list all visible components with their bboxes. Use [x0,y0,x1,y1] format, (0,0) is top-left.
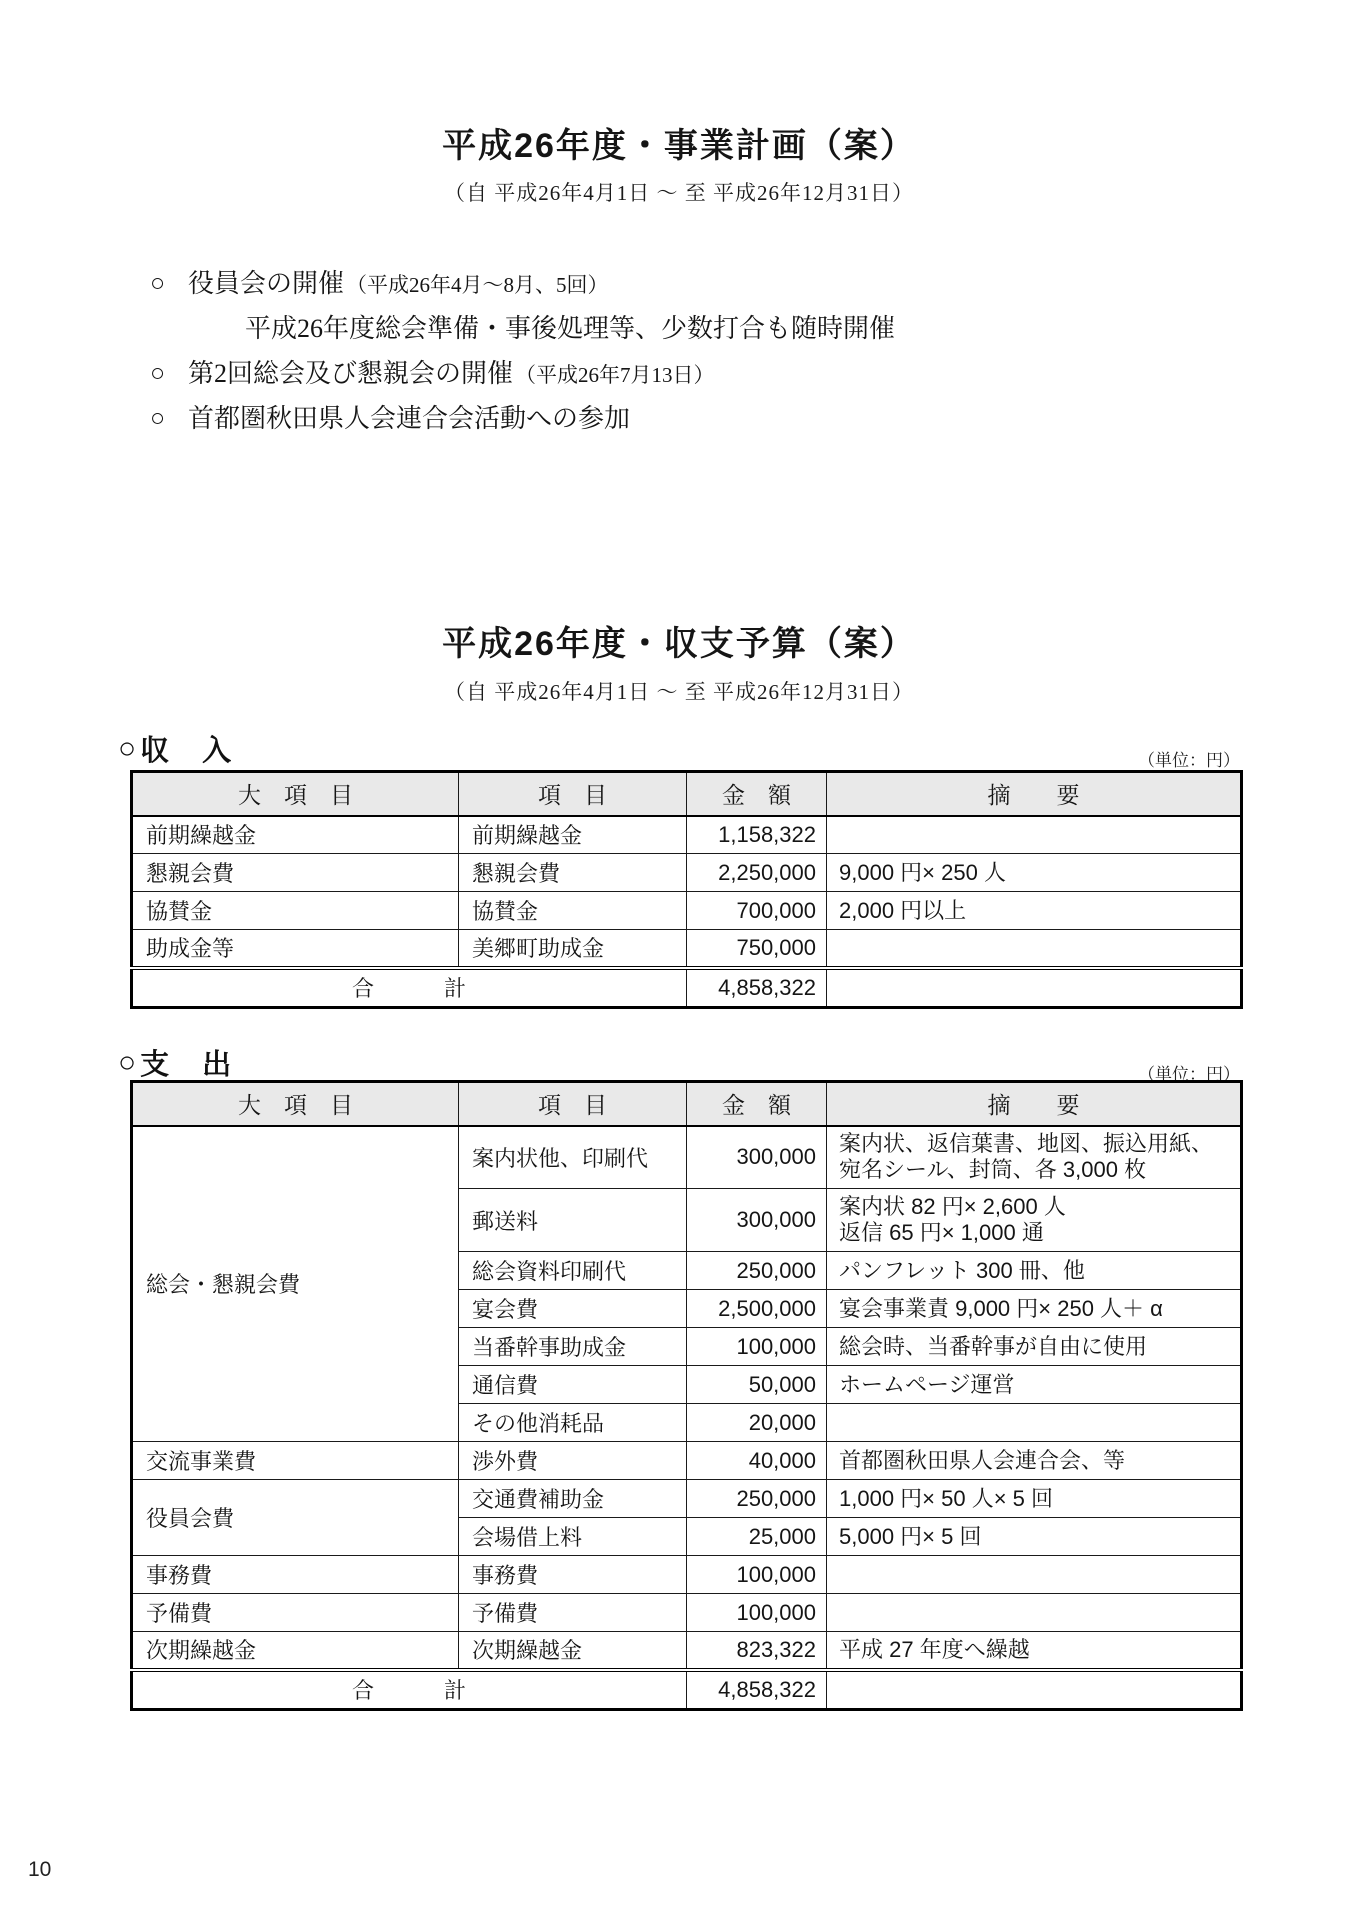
business-plan-bullet-list: ○ 役員会の開催（平成26年4月～8月、5回） 平成26年度総会準備・事後処理等… [150,268,1200,448]
table-row: 予備費 予備費 100,000 [132,1594,1242,1632]
table-row: 交流事業費 渉外費 40,000 首都圏秋田県人会連合会、等 [132,1442,1242,1480]
circle-bullet-icon: ○ [150,403,188,435]
expense-section-heading: ○ 支 出 [118,1042,233,1083]
amount-cell: 100,000 [687,1594,827,1632]
circle-marker-icon: ○ [118,1046,138,1080]
expense-header-row: 大 項 目 項 目 金 額 摘 要 [132,1082,1242,1126]
category-cell: 次期繰越金 [132,1632,459,1670]
income-heading-label: 収 入 [140,728,233,769]
table-row: 役員会費 交通費補助金 250,000 1,000 円× 50 人× 5 回 [132,1480,1242,1518]
remark-cell: 総会時、当番幹事が自由に使用 [827,1328,1242,1366]
table-row: 次期繰越金 次期繰越金 823,322 平成 27 年度へ繰越 [132,1632,1242,1670]
item-cell: 事務費 [459,1556,687,1594]
remark-cell [827,1670,1242,1710]
category-cell: 事務費 [132,1556,459,1594]
remark-cell [827,1404,1242,1442]
remark-cell [827,816,1242,854]
income-total-row: 合 計 4,858,322 [132,968,1242,1008]
budget-period: （自 平成26年4月1日 ～ 至 平成26年12月31日） [0,676,1358,706]
table-row: 前期繰越金 前期繰越金 1,158,322 [132,816,1242,854]
remark-cell [827,1594,1242,1632]
total-label-cell: 合 計 [132,968,687,1008]
amount-cell: 700,000 [687,892,827,930]
bullet-item-continuation: 平成26年度総会準備・事後処理等、少数打合も随時開催 [150,313,1200,358]
amount-cell: 300,000 [687,1189,827,1252]
category-cell: 役員会費 [132,1480,459,1556]
column-header-amount: 金 額 [687,1082,827,1126]
table-row: 総会・懇親会費 案内状他、印刷代 300,000 案内状、返信葉書、地図、振込用… [132,1126,1242,1189]
remark-cell: パンフレット 300 冊、他 [827,1252,1242,1290]
remark-cell [827,968,1242,1008]
table-row: 事務費 事務費 100,000 [132,1556,1242,1594]
remark-cell: ホームページ運営 [827,1366,1242,1404]
business-plan-title: 平成26年度・事業計画（案） [0,118,1358,167]
column-header-item: 項 目 [459,1082,687,1126]
amount-cell: 20,000 [687,1404,827,1442]
category-cell: 協賛金 [132,892,459,930]
column-header-category: 大 項 目 [132,772,459,816]
amount-cell: 2,250,000 [687,854,827,892]
amount-cell: 750,000 [687,930,827,968]
column-header-item: 項 目 [459,772,687,816]
item-cell: 当番幹事助成金 [459,1328,687,1366]
bullet-item: ○ 首都圏秋田県人会連合会活動への参加 [150,403,1200,448]
income-header-row: 大 項 目 項 目 金 額 摘 要 [132,772,1242,816]
circle-marker-icon: ○ [118,732,138,766]
circle-bullet-icon: ○ [150,358,188,390]
remark-cell: 2,000 円以上 [827,892,1242,930]
bullet-text: 首都圏秋田県人会連合会活動への参加 [188,403,632,436]
item-cell: 次期繰越金 [459,1632,687,1670]
remark-cell: 宴会事業責 9,000 円× 250 人＋ α [827,1290,1242,1328]
amount-cell: 25,000 [687,1518,827,1556]
item-cell: 案内状他、印刷代 [459,1126,687,1189]
column-header-remark: 摘 要 [827,772,1242,816]
amount-cell: 100,000 [687,1556,827,1594]
remark-cell: 案内状 82 円× 2,600 人 返信 65 円× 1,000 通 [827,1189,1242,1252]
page-number: 10 [28,1858,51,1882]
amount-cell: 1,158,322 [687,816,827,854]
amount-cell: 250,000 [687,1252,827,1290]
amount-cell: 300,000 [687,1126,827,1189]
remark-cell: 首都圏秋田県人会連合会、等 [827,1442,1242,1480]
total-amount-cell: 4,858,322 [687,1670,827,1710]
bullet-paren: （平成26年4月～8月、5回） [346,273,609,297]
category-cell: 総会・懇親会費 [132,1126,459,1442]
business-plan-period: （自 平成26年4月1日 ～ 至 平成26年12月31日） [0,177,1358,207]
table-row: 懇親会費 懇親会費 2,250,000 9,000 円× 250 人 [132,854,1242,892]
remark-cell: 案内状、返信葉書、地図、振込用紙、 宛名シール、封筒、各 3,000 枚 [827,1126,1242,1189]
item-cell: 前期繰越金 [459,816,687,854]
item-cell: 総会資料印刷代 [459,1252,687,1290]
amount-cell: 250,000 [687,1480,827,1518]
column-header-category: 大 項 目 [132,1082,459,1126]
bullet-text: 役員会の開催（平成26年4月～8月、5回） [188,268,609,301]
category-cell: 予備費 [132,1594,459,1632]
item-cell: その他消耗品 [459,1404,687,1442]
item-cell: 交通費補助金 [459,1480,687,1518]
bullet-text: 平成26年度総会準備・事後処理等、少数打合も随時開催 [245,313,897,346]
table-row: 助成金等 美郷町助成金 750,000 [132,930,1242,968]
bullet-item: ○ 役員会の開催（平成26年4月～8月、5回） [150,268,1200,313]
remark-cell [827,930,1242,968]
amount-cell: 50,000 [687,1366,827,1404]
item-cell: 美郷町助成金 [459,930,687,968]
table-row: 協賛金 協賛金 700,000 2,000 円以上 [132,892,1242,930]
bullet-text: 第2回総会及び懇親会の開催（平成26年7月13日） [188,358,715,391]
column-header-amount: 金 額 [687,772,827,816]
remark-cell [827,1556,1242,1594]
category-cell: 懇親会費 [132,854,459,892]
item-cell: 懇親会費 [459,854,687,892]
remark-cell: 平成 27 年度へ繰越 [827,1632,1242,1670]
item-cell: 宴会費 [459,1290,687,1328]
amount-cell: 100,000 [687,1328,827,1366]
item-cell: 協賛金 [459,892,687,930]
item-cell: 会場借上料 [459,1518,687,1556]
income-table: 大 項 目 項 目 金 額 摘 要 前期繰越金 前期繰越金 1,158,322 … [130,770,1243,1009]
amount-cell: 2,500,000 [687,1290,827,1328]
item-cell: 予備費 [459,1594,687,1632]
amount-cell: 823,322 [687,1632,827,1670]
budget-title: 平成26年度・収支予算（案） [0,616,1358,665]
bullet-paren: （平成26年7月13日） [515,363,715,387]
column-header-remark: 摘 要 [827,1082,1242,1126]
document-page: 平成26年度・事業計画（案） （自 平成26年4月1日 ～ 至 平成26年12月… [0,0,1358,1920]
category-cell: 助成金等 [132,930,459,968]
income-section-heading: ○ 収 入 [118,728,233,769]
expense-total-row: 合 計 4,858,322 [132,1670,1242,1710]
remark-cell: 5,000 円× 5 回 [827,1518,1242,1556]
bullet-item: ○ 第2回総会及び懇親会の開催（平成26年7月13日） [150,358,1200,403]
expense-table: 大 項 目 項 目 金 額 摘 要 総会・懇親会費 案内状他、印刷代 300,0… [130,1080,1243,1711]
category-cell: 交流事業費 [132,1442,459,1480]
item-cell: 通信費 [459,1366,687,1404]
remark-cell: 9,000 円× 250 人 [827,854,1242,892]
category-cell: 前期繰越金 [132,816,459,854]
income-unit-note: （単位：円） [1138,746,1240,771]
item-cell: 渉外費 [459,1442,687,1480]
circle-bullet-icon: ○ [150,268,188,300]
remark-cell: 1,000 円× 50 人× 5 回 [827,1480,1242,1518]
total-label-cell: 合 計 [132,1670,687,1710]
item-cell: 郵送料 [459,1189,687,1252]
expense-heading-label: 支 出 [140,1042,233,1083]
total-amount-cell: 4,858,322 [687,968,827,1008]
amount-cell: 40,000 [687,1442,827,1480]
